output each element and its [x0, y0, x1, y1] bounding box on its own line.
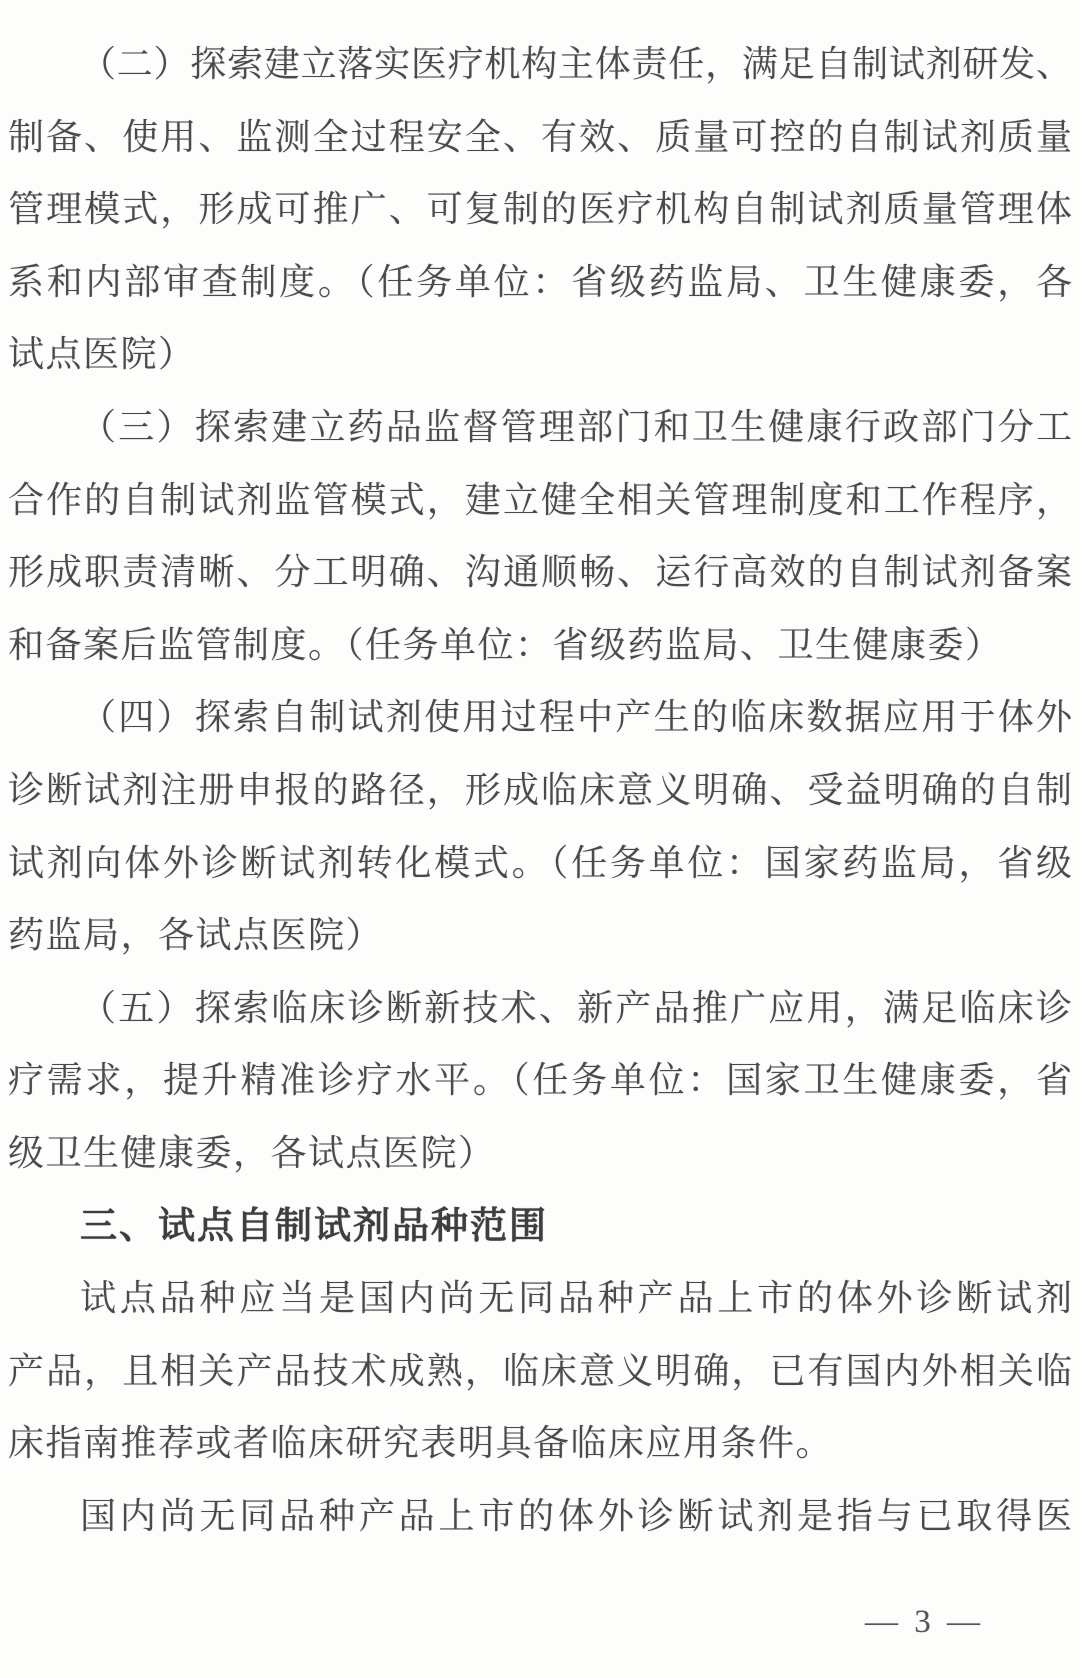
paragraph-item-4: （四）探索自制试剂使用过程中产生的临床数据应用于体外 诊断试剂注册申报的路径，形… — [8, 681, 1072, 971]
body-line: 疗需求，提升精准诊疗水平。（任务单位：国家卫生健康委，省 — [8, 1044, 1072, 1117]
body-line: 管理模式，形成可推广、可复制的医疗机构自制试剂质量管理体 — [8, 173, 1072, 246]
body-line: 试剂向体外诊断试剂转化模式。（任务单位：国家药监局，省级 — [8, 827, 1072, 900]
body-line: 合作的自制试剂监管模式，建立健全相关管理制度和工作程序， — [8, 464, 1072, 537]
body-line: 系和内部审查制度。（任务单位：省级药监局、卫生健康委，各 — [8, 246, 1072, 319]
body-line: 级卫生健康委，各试点医院） — [8, 1117, 1072, 1190]
body-line: 诊断试剂注册申报的路径，形成临床意义明确、受益明确的自制 — [8, 754, 1072, 827]
paragraph-item-3: （三）探索建立药品监督管理部门和卫生健康行政部门分工 合作的自制试剂监管模式，建… — [8, 391, 1072, 681]
body-line: 试点医院） — [8, 318, 1072, 391]
body-line: 形成职责清晰、分工明确、沟通顺畅、运行高效的自制试剂备案 — [8, 536, 1072, 609]
section-heading-block: 三、试点自制试剂品种范围 — [8, 1190, 1072, 1263]
body-line: 国内尚无同品种产品上市的体外诊断试剂是指与已取得医 — [8, 1480, 1072, 1553]
body-line: 试点品种应当是国内尚无同品种产品上市的体外诊断试剂 — [8, 1262, 1072, 1335]
section-heading: 三、试点自制试剂品种范围 — [8, 1190, 1072, 1263]
body-line: 产品，且相关产品技术成熟，临床意义明确，已有国内外相关临 — [8, 1335, 1072, 1408]
scanned-document-page: （二）探索建立落实医疗机构主体责任，满足自制试剂研发、 制备、使用、监测全过程安… — [0, 0, 1080, 1678]
document-body: （二）探索建立落实医疗机构主体责任，满足自制试剂研发、 制备、使用、监测全过程安… — [0, 0, 1080, 1641]
paragraph-definition: 国内尚无同品种产品上市的体外诊断试剂是指与已取得医 — [8, 1480, 1072, 1553]
body-line: 药监局，各试点医院） — [8, 899, 1072, 972]
body-line: （五）探索临床诊断新技术、新产品推广应用，满足临床诊 — [8, 972, 1072, 1045]
paragraph-item-5: （五）探索临床诊断新技术、新产品推广应用，满足临床诊 疗需求，提升精准诊疗水平。… — [8, 972, 1072, 1190]
page-number: — 3 — — [8, 1604, 1072, 1641]
body-line: （二）探索建立落实医疗机构主体责任，满足自制试剂研发、 — [8, 28, 1072, 101]
body-line: （四）探索自制试剂使用过程中产生的临床数据应用于体外 — [8, 681, 1072, 754]
body-line: （三）探索建立药品监督管理部门和卫生健康行政部门分工 — [8, 391, 1072, 464]
paragraph-pilot-variety-scope: 试点品种应当是国内尚无同品种产品上市的体外诊断试剂 产品，且相关产品技术成熟，临… — [8, 1262, 1072, 1480]
body-line: 和备案后监管制度。（任务单位：省级药监局、卫生健康委） — [8, 609, 1072, 682]
body-line: 床指南推荐或者临床研究表明具备临床应用条件。 — [8, 1407, 1072, 1480]
paragraph-item-2: （二）探索建立落实医疗机构主体责任，满足自制试剂研发、 制备、使用、监测全过程安… — [8, 28, 1072, 391]
body-line: 制备、使用、监测全过程安全、有效、质量可控的自制试剂质量 — [8, 101, 1072, 174]
